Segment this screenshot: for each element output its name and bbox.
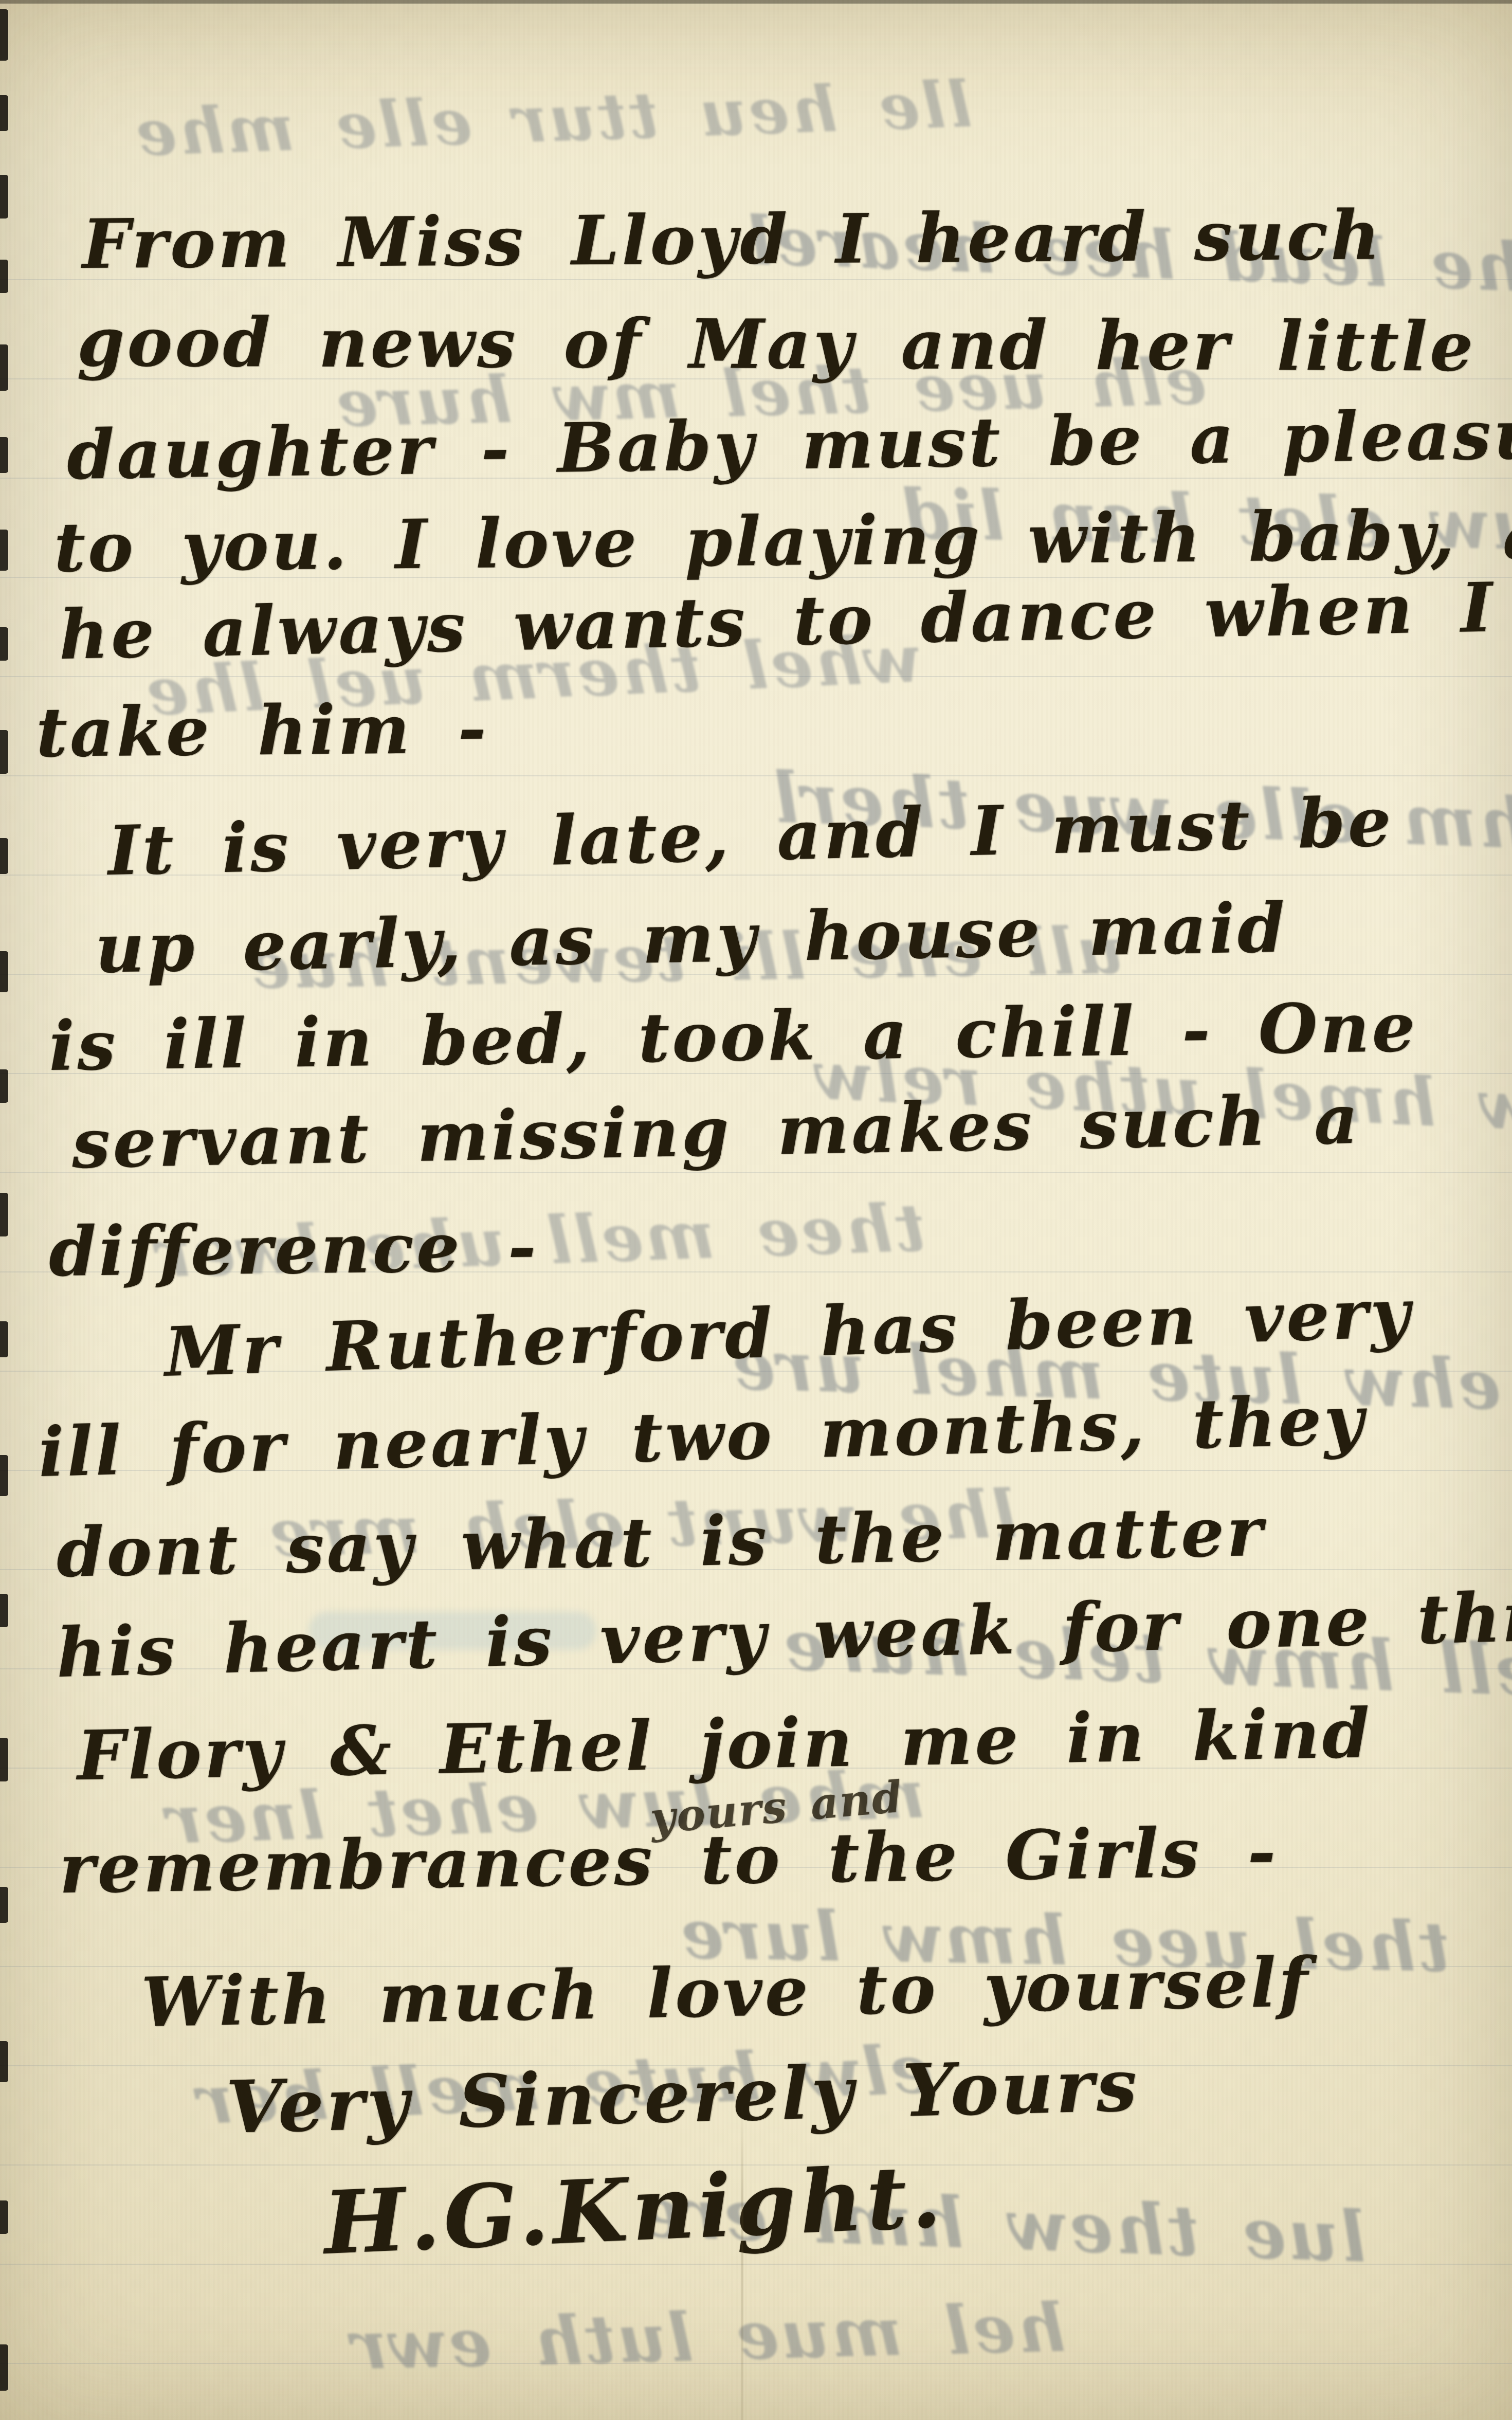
bleedthrough-stroke: hel mue luth ewr <box>349 2294 1067 2379</box>
scan-edge-mark <box>0 730 8 774</box>
handwritten-line: daughter - Baby must be a pleasure <box>66 400 1512 489</box>
scan-edge-mark <box>0 2200 8 2234</box>
paper-crease <box>741 2103 743 2420</box>
handwritten-line: up early, as my house maid <box>95 895 1288 983</box>
scan-edge-mark <box>0 260 8 293</box>
scan-edge-top <box>0 0 1512 4</box>
scan-edge-mark <box>0 1594 8 1627</box>
handwritten-line: remembrances to the Girls - <box>59 1818 1279 1903</box>
scan-edge-mark <box>0 1738 8 1781</box>
handwritten-line: is ill in bed, took a chill - One <box>48 994 1418 1081</box>
scan-edge-mark <box>0 1321 8 1357</box>
scan-edge-mark <box>0 175 8 219</box>
handwritten-line: Flory & Ethel join me in kind <box>77 1700 1373 1790</box>
handwritten-line: With much love to yourself <box>141 1949 1311 2037</box>
scan-edge-mark <box>0 2041 8 2082</box>
scan-edge-mark <box>0 437 8 473</box>
scan-edge-mark <box>0 9 8 61</box>
scan-edge-mark <box>0 95 8 131</box>
handwritten-line: good news of May and her little <box>77 308 1476 381</box>
scan-edge-mark <box>0 1193 8 1236</box>
handwritten-line: It is very late, and I must be <box>107 788 1394 885</box>
bleedthrough-stroke: lle heu ttur elle mhe <box>133 73 973 166</box>
scan-edge-mark <box>0 627 8 661</box>
handwritten-line: servant missing makes such a <box>71 1086 1361 1178</box>
handwritten-line: dont say what is the matter <box>56 1498 1266 1587</box>
handwritten-line: he always wants to dance when I <box>59 574 1496 669</box>
handwritten-line: ill for nearly two months, they <box>38 1387 1367 1487</box>
scan-edge-mark <box>0 951 8 992</box>
scan-edge-mark <box>0 344 8 391</box>
handwritten-line: Very Sincerely Yours <box>225 2050 1140 2144</box>
handwritten-line: difference - <box>48 1213 539 1286</box>
scan-edge-mark <box>0 1069 8 1103</box>
signature: H.G.Knight. <box>322 2153 946 2266</box>
handwritten-line: From Miss Lloyd I heard such <box>82 202 1383 279</box>
scan-edge-mark <box>0 1887 8 1923</box>
scan-edge-mark <box>0 838 8 874</box>
handwritten-line: to you. I love playing with baby, and <box>53 500 1512 582</box>
handwritten-line: take him - <box>35 695 489 767</box>
letter-page: lle heu ttur elle mhe the leud hee heare… <box>0 0 1512 2420</box>
scan-edge-mark <box>0 2344 8 2391</box>
scan-edge-mark <box>0 1455 8 1496</box>
scan-edge-mark <box>0 530 8 571</box>
